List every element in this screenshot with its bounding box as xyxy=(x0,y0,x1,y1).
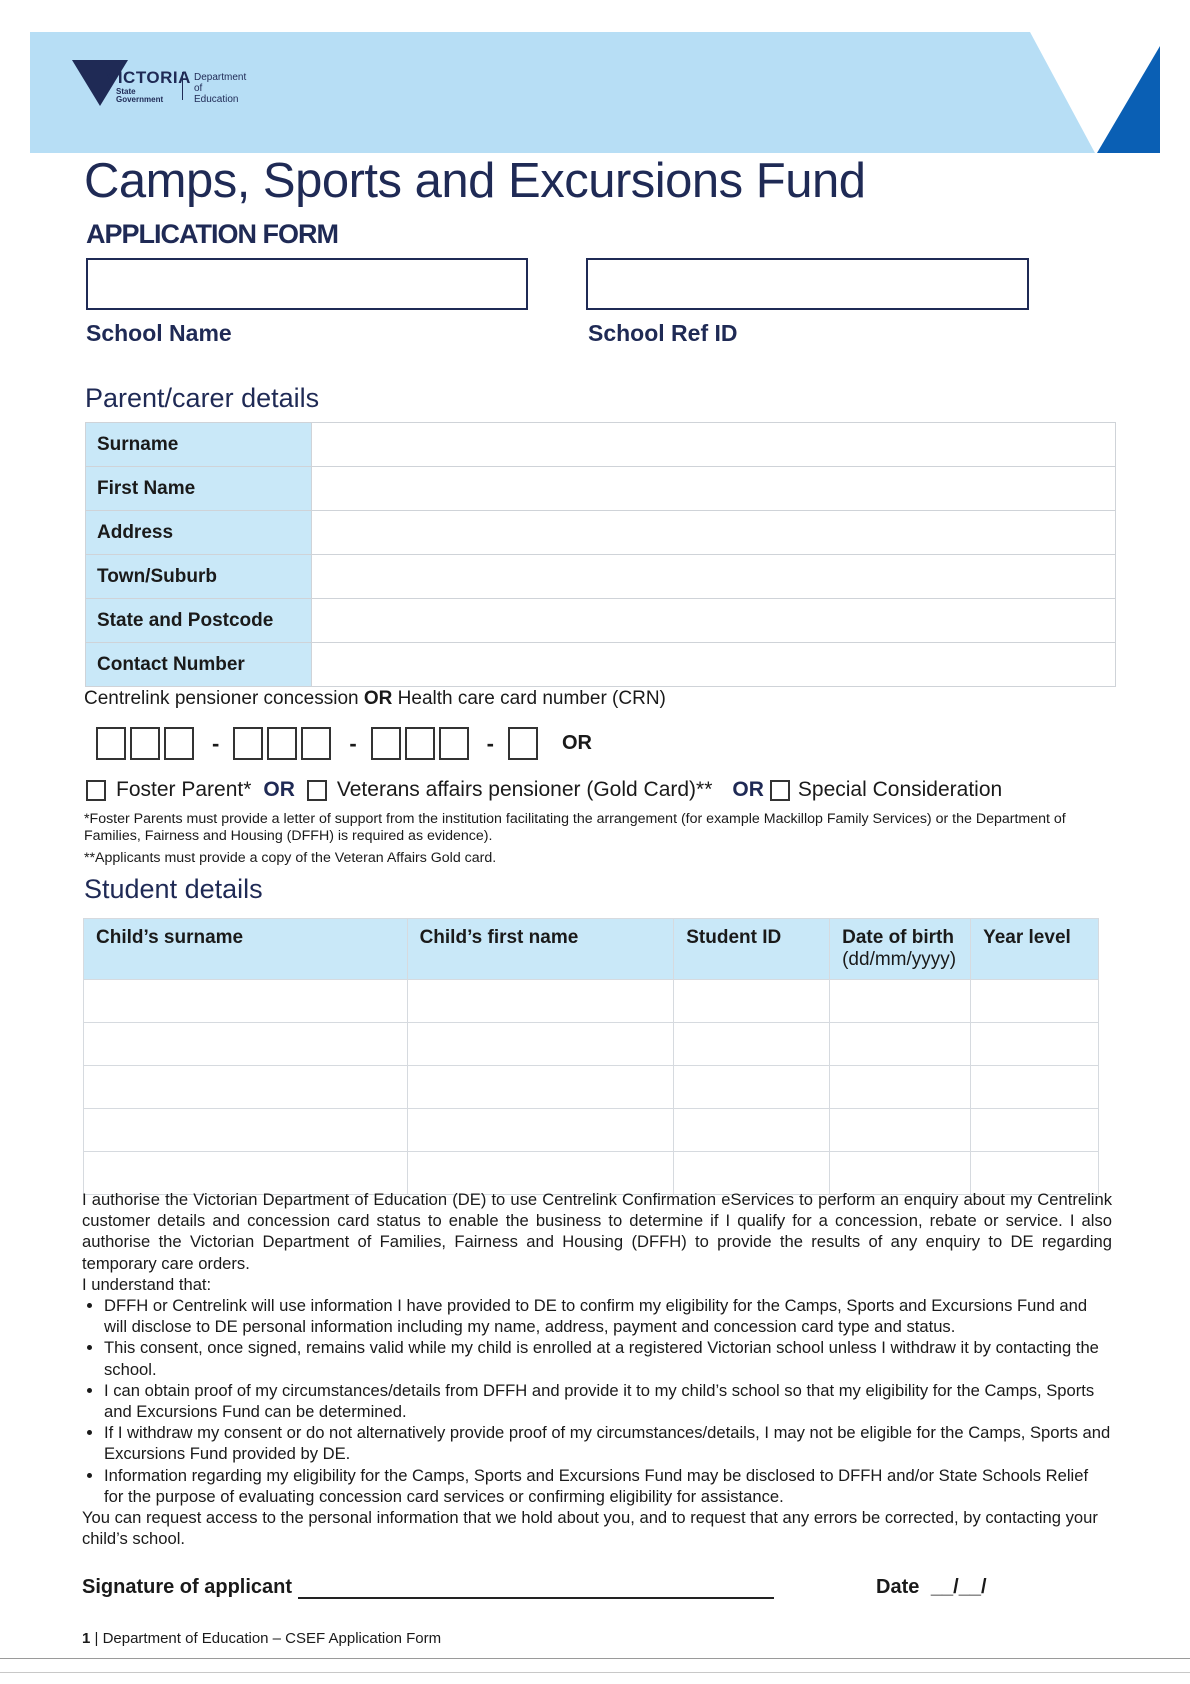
student-cell-input[interactable] xyxy=(971,1023,1099,1066)
foster-parent-checkbox[interactable] xyxy=(86,780,106,801)
student-cell-input[interactable] xyxy=(407,980,674,1023)
date-field[interactable]: __/__/ xyxy=(931,1576,987,1598)
student-cell-input[interactable] xyxy=(674,1066,830,1109)
school-name-input[interactable] xyxy=(86,258,528,310)
special-consideration-checkbox[interactable] xyxy=(770,780,790,801)
list-item: DFFH or Centrelink will use information … xyxy=(104,1295,1112,1337)
scan-edge-rule xyxy=(0,1672,1190,1673)
student-cell-input[interactable] xyxy=(407,1023,674,1066)
parent-field-label: Surname xyxy=(86,423,312,467)
logo-divider xyxy=(182,72,183,100)
student-cell-input[interactable] xyxy=(674,1109,830,1152)
list-item: Information regarding my eligibility for… xyxy=(104,1465,1112,1507)
logo-subtext: State Government xyxy=(116,88,163,104)
crn-input-group: ---OR xyxy=(96,727,592,760)
parent-row: Contact Number xyxy=(86,643,1116,687)
column-label: Child’s first name xyxy=(420,927,579,948)
parent-field-input[interactable] xyxy=(312,643,1116,687)
column-label: Child’s surname xyxy=(96,927,243,948)
column-label: Date of birth xyxy=(842,927,954,948)
school-name-label: School Name xyxy=(86,320,232,347)
student-cell-input[interactable] xyxy=(830,980,971,1023)
consent-text: I authorise the Victorian Department of … xyxy=(82,1189,1112,1549)
student-cell-input[interactable] xyxy=(674,980,830,1023)
column-label: Student ID xyxy=(686,927,781,948)
parent-field-label: Address xyxy=(86,511,312,555)
column-label: Year level xyxy=(983,927,1071,948)
footer-rule xyxy=(0,1658,1190,1659)
crn-label-post: Health care card number (CRN) xyxy=(392,688,665,709)
crn-digit-box[interactable] xyxy=(233,727,263,760)
department-name: Department of Education xyxy=(194,72,246,105)
list-item: If I withdraw my consent or do not alter… xyxy=(104,1422,1112,1464)
list-item: This consent, once signed, remains valid… xyxy=(104,1337,1112,1379)
parent-field-label: First Name xyxy=(86,467,312,511)
footer-text: | Department of Education – CSEF Applica… xyxy=(90,1630,441,1647)
dept-line-1: Department xyxy=(194,72,246,83)
crn-separator: - xyxy=(487,731,494,757)
student-column-header: Date of birth(dd/mm/yyyy) xyxy=(830,919,971,980)
student-cell-input[interactable] xyxy=(830,1023,971,1066)
student-column-header: Child’s first name xyxy=(407,919,674,980)
table-row xyxy=(84,980,1099,1023)
crn-digit-box[interactable] xyxy=(301,727,331,760)
student-cell-input[interactable] xyxy=(971,1109,1099,1152)
parent-row: Address xyxy=(86,511,1116,555)
student-cell-input[interactable] xyxy=(84,980,408,1023)
column-sublabel: (dd/mm/yyyy) xyxy=(842,949,960,971)
crn-separator: - xyxy=(212,731,219,757)
parent-row: Surname xyxy=(86,423,1116,467)
form-subtitle: APPLICATION FORM xyxy=(86,219,338,250)
signature-field[interactable] xyxy=(298,1579,774,1599)
crn-digit-box[interactable] xyxy=(164,727,194,760)
school-ref-id-label: School Ref ID xyxy=(588,320,738,347)
crn-digit-box[interactable] xyxy=(371,727,401,760)
table-row xyxy=(84,1109,1099,1152)
parent-field-label: State and Postcode xyxy=(86,599,312,643)
student-cell-input[interactable] xyxy=(84,1109,408,1152)
crn-label: Centrelink pensioner concession OR Healt… xyxy=(84,688,666,710)
page-title: Camps, Sports and Excursions Fund xyxy=(84,153,865,209)
parent-details-heading: Parent/carer details xyxy=(85,383,319,414)
logo-wordmark: VICTORIA xyxy=(106,68,191,88)
parent-row: First Name xyxy=(86,467,1116,511)
crn-digit-box[interactable] xyxy=(130,727,160,760)
table-row xyxy=(84,1023,1099,1066)
foster-footnote: *Foster Parents must provide a letter of… xyxy=(84,811,1124,845)
student-details-table: Child’s surnameChild’s first nameStudent… xyxy=(83,918,1099,1195)
page-footer: 1 | Department of Education – CSEF Appli… xyxy=(82,1630,441,1647)
student-cell-input[interactable] xyxy=(830,1066,971,1109)
eligibility-options: Foster Parent* OR Veterans affairs pensi… xyxy=(86,778,1002,802)
signature-label: Signature of applicant xyxy=(82,1576,292,1599)
list-item: I can obtain proof of my circumstances/d… xyxy=(104,1380,1112,1422)
consent-bullets: DFFH or Centrelink will use information … xyxy=(82,1295,1112,1507)
student-cell-input[interactable] xyxy=(84,1066,408,1109)
special-consideration-label: Special Consideration xyxy=(798,778,1002,802)
student-cell-input[interactable] xyxy=(407,1066,674,1109)
veterans-affairs-label: Veterans affairs pensioner (Gold Card)** xyxy=(337,778,712,802)
parent-details-table: SurnameFirst NameAddressTown/SuburbState… xyxy=(85,422,1116,687)
table-row xyxy=(84,1066,1099,1109)
veterans-affairs-checkbox[interactable] xyxy=(307,780,327,801)
student-cell-input[interactable] xyxy=(830,1109,971,1152)
school-ref-id-input[interactable] xyxy=(586,258,1029,310)
consent-intro: I authorise the Victorian Department of … xyxy=(82,1189,1112,1274)
parent-field-input[interactable] xyxy=(312,467,1116,511)
foster-parent-label: Foster Parent* xyxy=(116,778,251,802)
student-cell-input[interactable] xyxy=(971,980,1099,1023)
crn-digit-box[interactable] xyxy=(508,727,538,760)
parent-field-input[interactable] xyxy=(312,555,1116,599)
date-label: Date xyxy=(876,1576,919,1598)
date-row: Date __/__/ xyxy=(876,1576,987,1599)
student-cell-input[interactable] xyxy=(407,1109,674,1152)
crn-label-pre: Centrelink pensioner concession xyxy=(84,688,364,709)
veterans-footnote: **Applicants must provide a copy of the … xyxy=(84,850,1124,867)
student-column-header: Child’s surname xyxy=(84,919,408,980)
parent-row: Town/Suburb xyxy=(86,555,1116,599)
parent-field-label: Town/Suburb xyxy=(86,555,312,599)
crn-digit-box[interactable] xyxy=(267,727,297,760)
crn-separator: - xyxy=(349,731,356,757)
signature-row: Signature of applicant xyxy=(82,1576,774,1599)
consent-understand: I understand that: xyxy=(82,1274,1112,1295)
crn-or-label: OR xyxy=(562,732,592,755)
student-column-header: Student ID xyxy=(674,919,830,980)
parent-field-input[interactable] xyxy=(312,423,1116,467)
parent-field-label: Contact Number xyxy=(86,643,312,687)
student-cell-input[interactable] xyxy=(84,1023,408,1066)
or-label: OR xyxy=(732,778,764,802)
student-cell-input[interactable] xyxy=(674,1023,830,1066)
parent-field-input[interactable] xyxy=(312,511,1116,555)
crn-digit-box[interactable] xyxy=(96,727,126,760)
consent-closing: You can request access to the personal i… xyxy=(82,1507,1112,1549)
or-label: OR xyxy=(263,778,295,802)
student-details-heading: Student details xyxy=(84,874,263,905)
dept-line-2: of Education xyxy=(194,83,238,105)
crn-digit-box[interactable] xyxy=(439,727,469,760)
crn-digit-box[interactable] xyxy=(405,727,435,760)
student-cell-input[interactable] xyxy=(971,1066,1099,1109)
parent-field-input[interactable] xyxy=(312,599,1116,643)
logo-sub-government: Government xyxy=(116,95,163,104)
student-column-header: Year level xyxy=(971,919,1099,980)
parent-row: State and Postcode xyxy=(86,599,1116,643)
crn-label-or: OR xyxy=(364,688,393,709)
